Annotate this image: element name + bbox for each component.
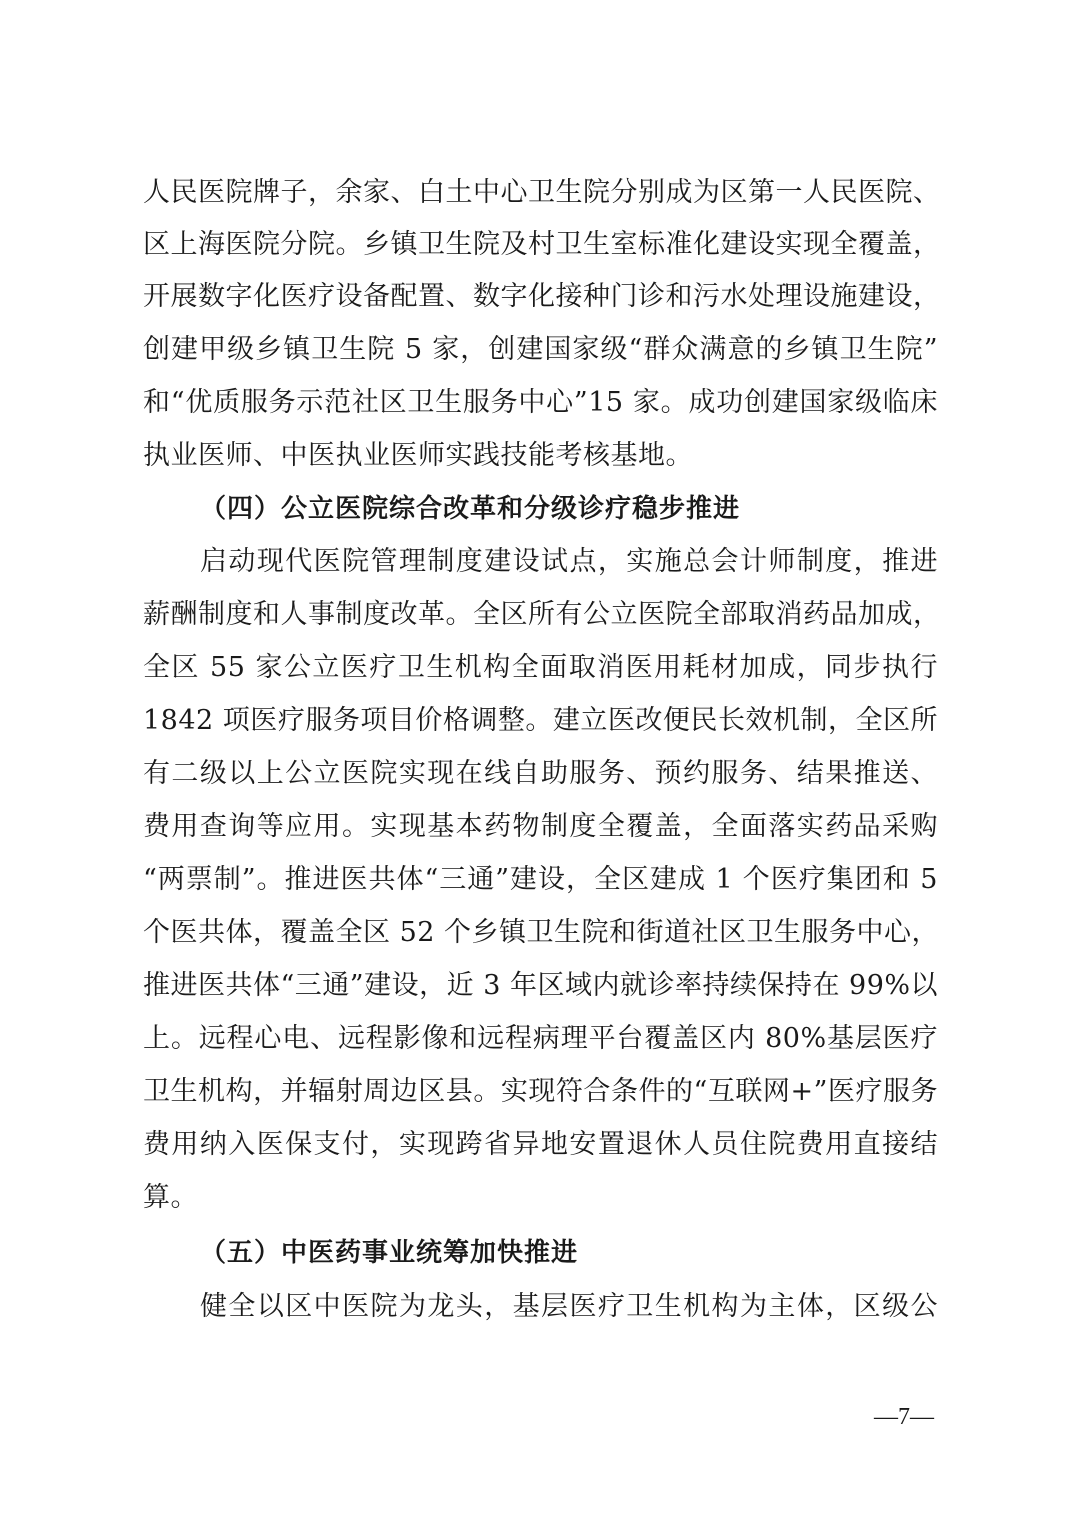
text-line: 全区 55 家公立医疗卫生机构全面取消医用耗材加成，同步执行 bbox=[143, 651, 938, 685]
text-line: 卫生机构，并辐射周边区县。实现符合条件的“互联网+”医疗服务 bbox=[143, 1075, 938, 1109]
text-line: 1842 项医疗服务项目价格调整。建立医改便民长效机制，全区所 bbox=[143, 704, 938, 738]
text-line: 算。 bbox=[143, 1181, 938, 1215]
text-line: 费用纳入医保支付，实现跨省异地安置退休人员住院费用直接结 bbox=[143, 1128, 938, 1162]
text-line: 健全以区中医院为龙头，基层医疗卫生机构为主体，区级公 bbox=[200, 1290, 938, 1324]
text-line: 启动现代医院管理制度建设试点，实施总会计师制度，推进 bbox=[200, 545, 938, 579]
text-line: 费用查询等应用。实现基本药物制度全覆盖，全面落实药品采购 bbox=[143, 810, 938, 844]
text-line: 人民医院牌子，余家、白土中心卫生院分别成为区第一人民医院、 bbox=[143, 176, 938, 210]
text-line: 和“优质服务示范社区卫生服务中心”15 家。成功创建国家级临床 bbox=[143, 386, 938, 420]
text-line: 创建甲级乡镇卫生院 5 家，创建国家级“群众满意的乡镇卫生院” bbox=[143, 333, 938, 367]
text-line: 上。远程心电、远程影像和远程病理平台覆盖区内 80%基层医疗 bbox=[143, 1022, 938, 1056]
text-line: 执业医师、中医执业医师实践技能考核基地。 bbox=[143, 439, 938, 473]
section-heading-4: （四）公立医院综合改革和分级诊疗稳步推进 bbox=[200, 492, 740, 526]
text-line: 有二级以上公立医院实现在线自助服务、预约服务、结果推送、 bbox=[143, 757, 938, 791]
text-line: 开展数字化医疗设备配置、数字化接种门诊和污水处理设施建设， bbox=[143, 280, 938, 314]
text-line: 个医共体，覆盖全区 52 个乡镇卫生院和街道社区卫生服务中心， bbox=[143, 916, 938, 950]
section-heading-5: （五）中医药事业统筹加快推进 bbox=[200, 1236, 578, 1270]
document-page: 人民医院牌子，余家、白土中心卫生院分别成为区第一人民医院、 区上海医院分院。乡镇… bbox=[0, 0, 1074, 1520]
text-line: 区上海医院分院。乡镇卫生院及村卫生室标准化建设实现全覆盖， bbox=[143, 228, 938, 262]
text-line: “两票制”。推进医共体“三通”建设，全区建成 1 个医疗集团和 5 bbox=[143, 863, 938, 897]
text-line: 薪酬制度和人事制度改革。全区所有公立医院全部取消药品加成， bbox=[143, 598, 938, 632]
text-line: 推进医共体“三通”建设，近 3 年区域内就诊率持续保持在 99%以 bbox=[143, 969, 938, 1003]
page-number: —7— bbox=[874, 1402, 934, 1432]
